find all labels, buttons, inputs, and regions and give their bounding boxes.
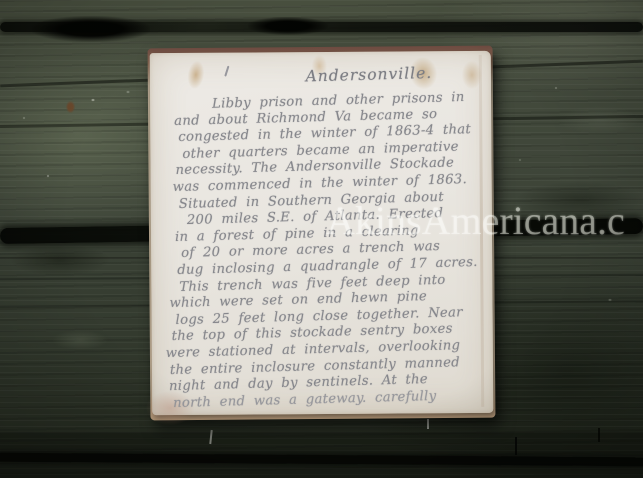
manuscript-body: Libby prison and other prisons in and ab… <box>162 95 487 413</box>
page-stain <box>186 60 206 90</box>
pen-mark <box>224 66 229 77</box>
knot-hole <box>32 16 150 42</box>
knot-hole <box>248 17 328 35</box>
wood-scratch <box>515 437 517 455</box>
wood-chip <box>66 101 75 113</box>
manuscript-page: Andersonville. Libby prison and other pr… <box>150 51 494 415</box>
manuscript-title: Andersonville. <box>262 63 476 87</box>
wood-scratch <box>598 428 600 442</box>
wood-scratch <box>427 419 429 429</box>
photo-of-manuscript: Andersonville. Libby prison and other pr… <box>0 0 643 478</box>
